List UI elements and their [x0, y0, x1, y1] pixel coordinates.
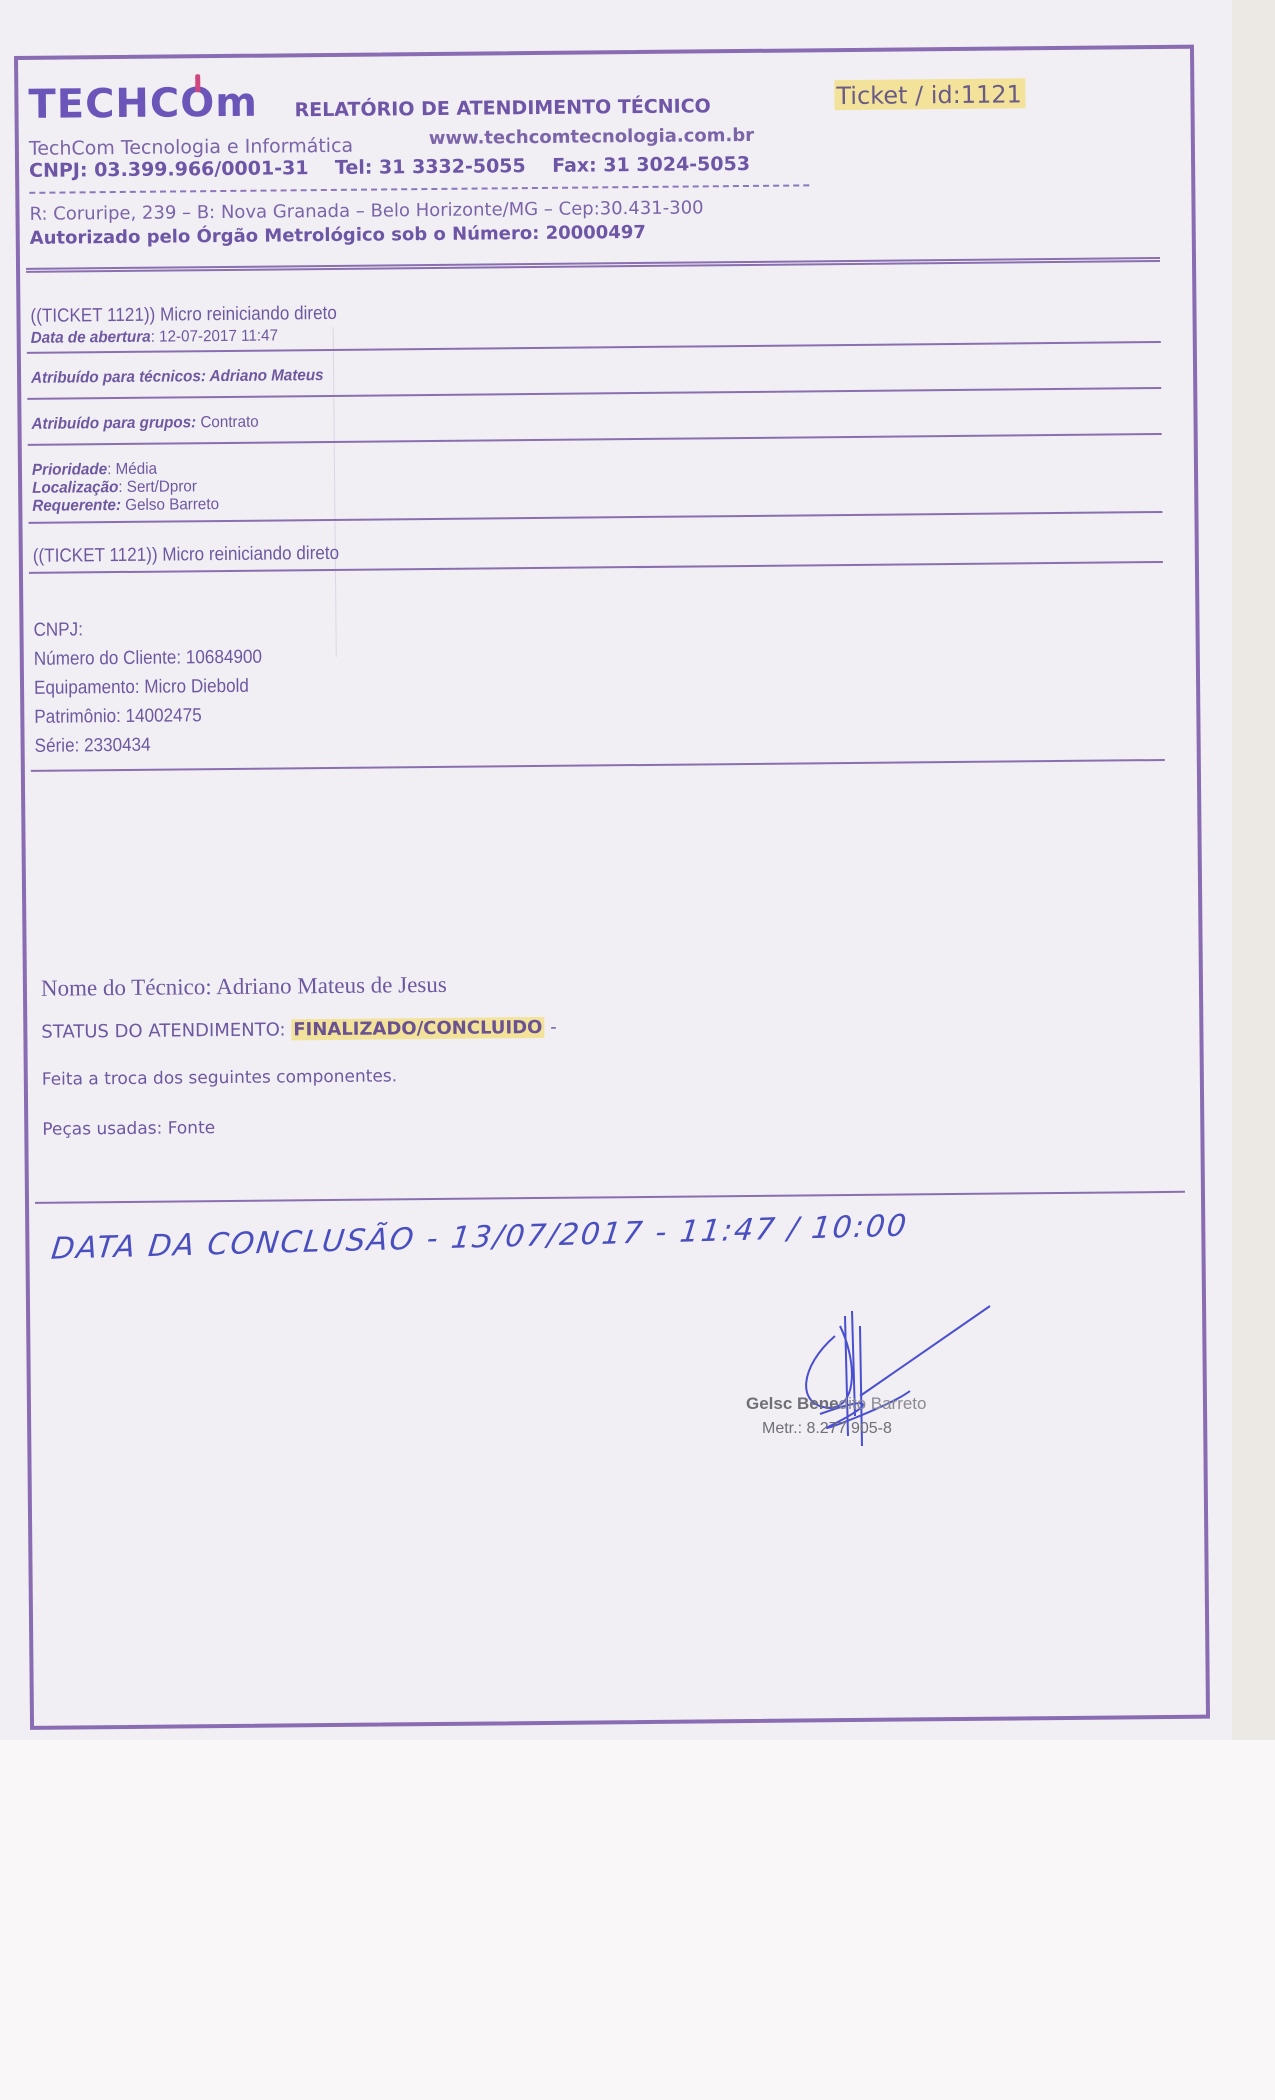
scanner-margin: [1232, 0, 1275, 1740]
opening-date-value: : 12-07-2017 11:47: [151, 327, 278, 345]
location-value: : Sert/Dpror: [118, 478, 197, 496]
divider: [27, 387, 1161, 400]
parts-used: Peças usadas: Fonte: [42, 1118, 215, 1140]
stamp-registration: Metr.: 8.277 905-8: [762, 1420, 892, 1438]
client-cnpj: CNPJ:: [33, 619, 83, 641]
patrimony: Patrimônio: 14002475: [34, 705, 202, 729]
ticket-description-title: ((TICKET 1121)) Micro reiniciando direto: [33, 543, 340, 568]
signature-icon: [740, 1296, 1000, 1476]
ticket-title: ((TICKET 1121)) Micro reiniciando direto: [30, 303, 337, 328]
header-divider: [26, 257, 1160, 273]
client-number: Número do Cliente: 10684900: [34, 647, 262, 671]
assigned-technicians-label: Atribuído para técnicos: Adriano Mateus: [31, 367, 324, 387]
stamp-name-rest: dito Barreto: [839, 1394, 927, 1413]
requester: Requerente: Gelso Barreto: [32, 496, 219, 516]
status-label: STATUS DO ATENDIMENTO:: [41, 1019, 291, 1042]
divider: [35, 1191, 1185, 1204]
status-suffix: -: [544, 1017, 556, 1038]
company-name: TechCom Tecnologia e Informática: [29, 135, 353, 160]
logo-text: TECHC: [28, 80, 180, 127]
location-label: Localização: [32, 479, 118, 497]
equipment: Equipamento: Micro Diebold: [34, 676, 249, 700]
authorization-number: Autorizado pelo Órgão Metrológico sob o …: [30, 222, 646, 249]
assigned-groups-label: Atribuído para grupos:: [31, 414, 196, 433]
priority-value: : Média: [107, 461, 157, 478]
assigned-groups-value: Contrato: [196, 414, 259, 432]
assigned-technicians: Atribuído para técnicos: Adriano Mateus: [31, 367, 324, 388]
service-status: STATUS DO ATENDIMENTO: FINALIZADO/CONCLU…: [41, 1017, 556, 1043]
report-frame: TECHCOm RELATÓRIO DE ATENDIMENTO TÉCNICO…: [14, 45, 1210, 1730]
technician-name: Nome do Técnico: Adriano Mateus de Jesus: [41, 972, 447, 1002]
logo-text-end: m: [215, 80, 258, 126]
scan-guide-line: [333, 327, 337, 657]
serial-number: Série: 2330434: [35, 735, 151, 758]
power-icon: O: [180, 80, 215, 126]
priority-label: Prioridade: [32, 461, 107, 479]
company-address: R: Coruripe, 239 – B: Nova Granada – Bel…: [29, 197, 703, 224]
ticket-id-badge: Ticket / id:1121: [834, 78, 1026, 110]
stamp-name-bold: Gelsc Bene: [746, 1394, 839, 1413]
report-title: RELATÓRIO DE ATENDIMENTO TÉCNICO: [294, 95, 710, 121]
divider: [28, 433, 1162, 446]
opening-date: Data de abertura: 12-07-2017 11:47: [31, 327, 278, 347]
dashed-divider: [29, 184, 809, 193]
divider: [31, 759, 1165, 772]
priority: Prioridade: Média: [32, 461, 157, 480]
service-description: Feita a troca dos seguintes componentes.: [42, 1066, 397, 1089]
opening-date-label: Data de abertura: [31, 329, 151, 347]
status-badge: FINALIZADO/CONCLUIDO: [291, 1017, 544, 1040]
stamp-name: Gelsc Benedito Barreto: [746, 1394, 927, 1414]
requester-label: Requerente:: [32, 497, 121, 515]
requester-value: Gelso Barreto: [121, 496, 219, 514]
location: Localização: Sert/Dpror: [32, 478, 197, 498]
techcom-logo: TECHCOm: [28, 80, 258, 128]
handwritten-conclusion-date: DATA DA CONCLUSÃO - 13/07/2017 - 11:47 /…: [49, 1208, 909, 1266]
assigned-groups: Atribuído para grupos: Contrato: [31, 414, 258, 434]
company-website[interactable]: www.techcomtecnologia.com.br: [429, 125, 754, 149]
